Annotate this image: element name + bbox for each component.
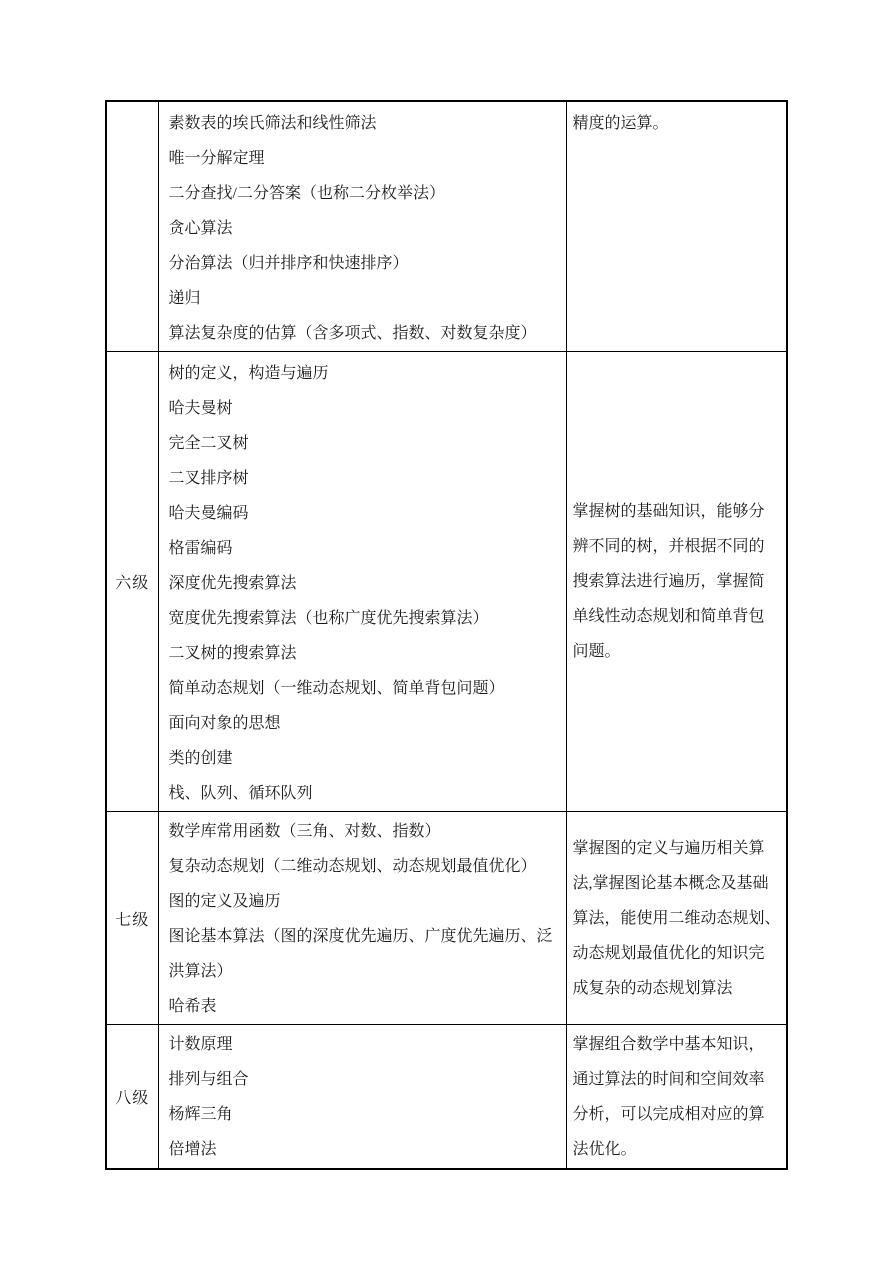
description-line: 法优化。 [573,1132,777,1167]
table-row-continuation: 素数表的埃氏筛法和线性筛法 唯一分解定理 二分查找/二分答案（也称二分枚举法） … [106,101,787,352]
topic-item: 杨辉三角 [169,1097,560,1132]
description-line: 辨不同的树，并根据不同的 [573,529,777,564]
topic-item: 哈夫曼编码 [169,496,560,531]
topic-item: 递归 [169,281,560,316]
description-line: 单线性动态规划和简单背包 [573,599,777,634]
topic-item: 图的定义及遍历 [169,884,560,919]
description-line: 掌握树的基础知识，能够分 [573,494,777,529]
description-cell: 精度的运算。 [566,101,787,352]
topic-item: 唯一分解定理 [169,141,560,176]
topics-cell: 素数表的埃氏筛法和线性筛法 唯一分解定理 二分查找/二分答案（也称二分枚举法） … [158,101,566,352]
description-line: 分析，可以完成相对应的算 [573,1097,777,1132]
topics-cell: 树的定义，构造与遍历 哈夫曼树 完全二叉树 二叉排序树 哈夫曼编码 格雷编码 深… [158,352,566,812]
level-label: 六级 [115,575,149,592]
topic-item: 哈希表 [169,989,560,1024]
table-row-level-6: 六级 树的定义，构造与遍历 哈夫曼树 完全二叉树 二叉排序树 哈夫曼编码 格雷编… [106,352,787,812]
description-cell: 掌握图的定义与遍历相关算 法,掌握图论基本概念及基础 算法，能使用二维动态规划、… [566,812,787,1025]
topic-item: 贪心算法 [169,211,560,246]
document-page: 素数表的埃氏筛法和线性筛法 唯一分解定理 二分查找/二分答案（也称二分枚举法） … [105,100,788,1170]
level-requirements-table: 素数表的埃氏筛法和线性筛法 唯一分解定理 二分查找/二分答案（也称二分枚举法） … [105,100,788,1170]
topic-item: 复杂动态规划（二维动态规划、动态规划最值优化） [169,849,560,884]
description-cell: 掌握组合数学中基本知识， 通过算法的时间和空间效率 分析，可以完成相对应的算 法… [566,1025,787,1169]
topic-item: 宽度优先搜索算法（也称广度优先搜索算法） [169,601,560,636]
table-row-level-8: 八级 计数原理 排列与组合 杨辉三角 倍增法 掌握组合数学中基本知识， 通过算法… [106,1025,787,1169]
description-line: 通过算法的时间和空间效率 [573,1062,777,1097]
topic-item: 深度优先搜索算法 [169,566,560,601]
topic-item: 二叉排序树 [169,461,560,496]
level-cell [106,101,158,352]
level-label: 七级 [115,912,149,929]
topic-item: 分治算法（归并排序和快速排序） [169,246,560,281]
description-line: 动态规划最值优化的知识完 [573,936,777,971]
topic-item: 简单动态规划（一维动态规划、简单背包问题） [169,671,560,706]
topic-item: 二分查找/二分答案（也称二分枚举法） [169,176,560,211]
description-line: 搜索算法进行遍历，掌握简 [573,564,777,599]
topic-item: 哈夫曼树 [169,391,560,426]
topic-item: 数学库常用函数（三角、对数、指数） [169,814,560,849]
topic-item: 栈、队列、循环队列 [169,776,560,811]
topic-item: 二叉树的搜索算法 [169,636,560,671]
topic-item: 完全二叉树 [169,426,560,461]
topic-item: 素数表的埃氏筛法和线性筛法 [169,106,560,141]
description-line: 法,掌握图论基本概念及基础 [573,866,777,901]
topic-item: 类的创建 [169,741,560,776]
topic-item: 格雷编码 [169,531,560,566]
topic-item: 排列与组合 [169,1062,560,1097]
description-line: 掌握组合数学中基本知识， [573,1027,777,1062]
level-cell: 六级 [106,352,158,812]
topic-item: 计数原理 [169,1027,560,1062]
level-label: 八级 [115,1090,149,1107]
topic-item: 倍增法 [169,1132,560,1167]
table-row-level-7: 七级 数学库常用函数（三角、对数、指数） 复杂动态规划（二维动态规划、动态规划最… [106,812,787,1025]
topic-item: 算法复杂度的估算（含多项式、指数、对数复杂度） [169,316,560,351]
description-line: 算法，能使用二维动态规划、 [573,901,777,936]
description-cell: 掌握树的基础知识，能够分 辨不同的树，并根据不同的 搜索算法进行遍历，掌握简 单… [566,352,787,812]
level-cell: 七级 [106,812,158,1025]
description-line: 掌握图的定义与遍历相关算 [573,831,777,866]
description-line: 问题。 [573,634,777,669]
topic-item: 面向对象的思想 [169,706,560,741]
topics-cell: 计数原理 排列与组合 杨辉三角 倍增法 [158,1025,566,1169]
topic-item: 树的定义，构造与遍历 [169,356,560,391]
topics-cell: 数学库常用函数（三角、对数、指数） 复杂动态规划（二维动态规划、动态规划最值优化… [158,812,566,1025]
topic-item: 图论基本算法（图的深度优先遍历、广度优先遍历、泛洪算法） [169,919,560,989]
description-line: 成复杂的动态规划算法 [573,971,777,1006]
level-cell: 八级 [106,1025,158,1169]
description-line: 精度的运算。 [573,106,777,141]
